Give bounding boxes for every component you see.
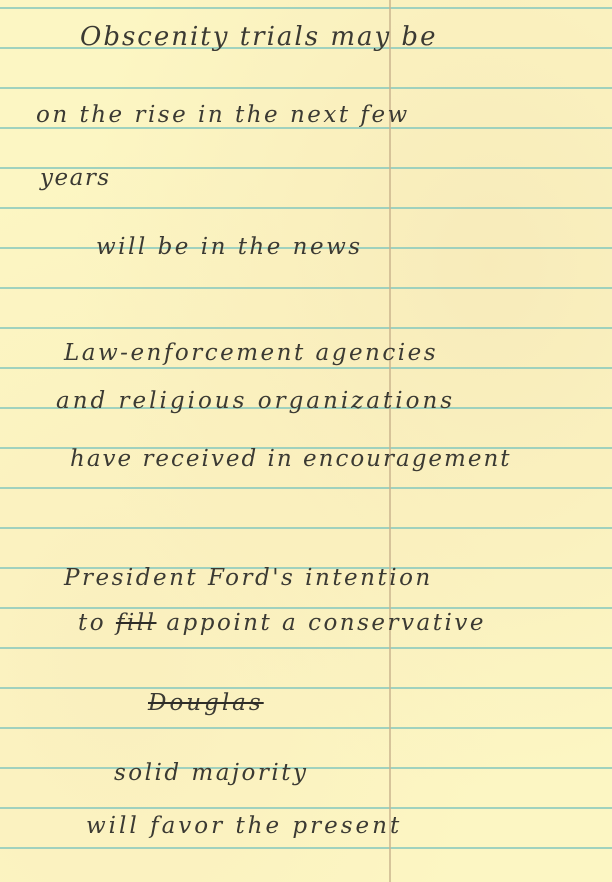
- rule-line: [0, 847, 612, 849]
- rule-line: [0, 527, 612, 529]
- rule-line: [0, 207, 612, 209]
- margin-line: [389, 0, 391, 882]
- handwritten-word: to: [78, 610, 106, 636]
- rule-line: [0, 287, 612, 289]
- rule-line: [0, 807, 612, 809]
- handwritten-line: Douglas: [148, 692, 264, 715]
- handwritten-line: President Ford's intention: [64, 567, 433, 590]
- rule-line: [0, 7, 612, 9]
- rule-line: [0, 647, 612, 649]
- handwritten-word: appoint a conservative: [166, 610, 486, 636]
- handwritten-line: Law-enforcement agencies: [64, 342, 438, 365]
- rule-line: [0, 607, 612, 609]
- handwritten-line: Obscenity trials may be: [80, 24, 437, 50]
- rule-line: [0, 487, 612, 489]
- handwritten-line: solid majority: [114, 762, 308, 785]
- struck-out-word: Douglas: [148, 690, 264, 716]
- handwritten-line: years: [40, 167, 111, 190]
- rule-line: [0, 687, 612, 689]
- handwritten-line: and religious organizations: [56, 390, 455, 413]
- handwritten-line: will favor the present: [86, 815, 402, 838]
- rule-line: [0, 367, 612, 369]
- rule-line: [0, 327, 612, 329]
- handwritten-line: on the rise in the next few: [36, 104, 410, 127]
- handwritten-line: to fill appoint a conservative: [78, 612, 486, 635]
- handwritten-line: have received in encouragement: [70, 448, 512, 471]
- rule-line: [0, 727, 612, 729]
- legal-pad-page: Obscenity trials may be on the rise in t…: [0, 0, 612, 882]
- struck-out-word: fill: [116, 610, 157, 636]
- rule-line: [0, 87, 612, 89]
- handwritten-line: will be in the news: [96, 236, 363, 259]
